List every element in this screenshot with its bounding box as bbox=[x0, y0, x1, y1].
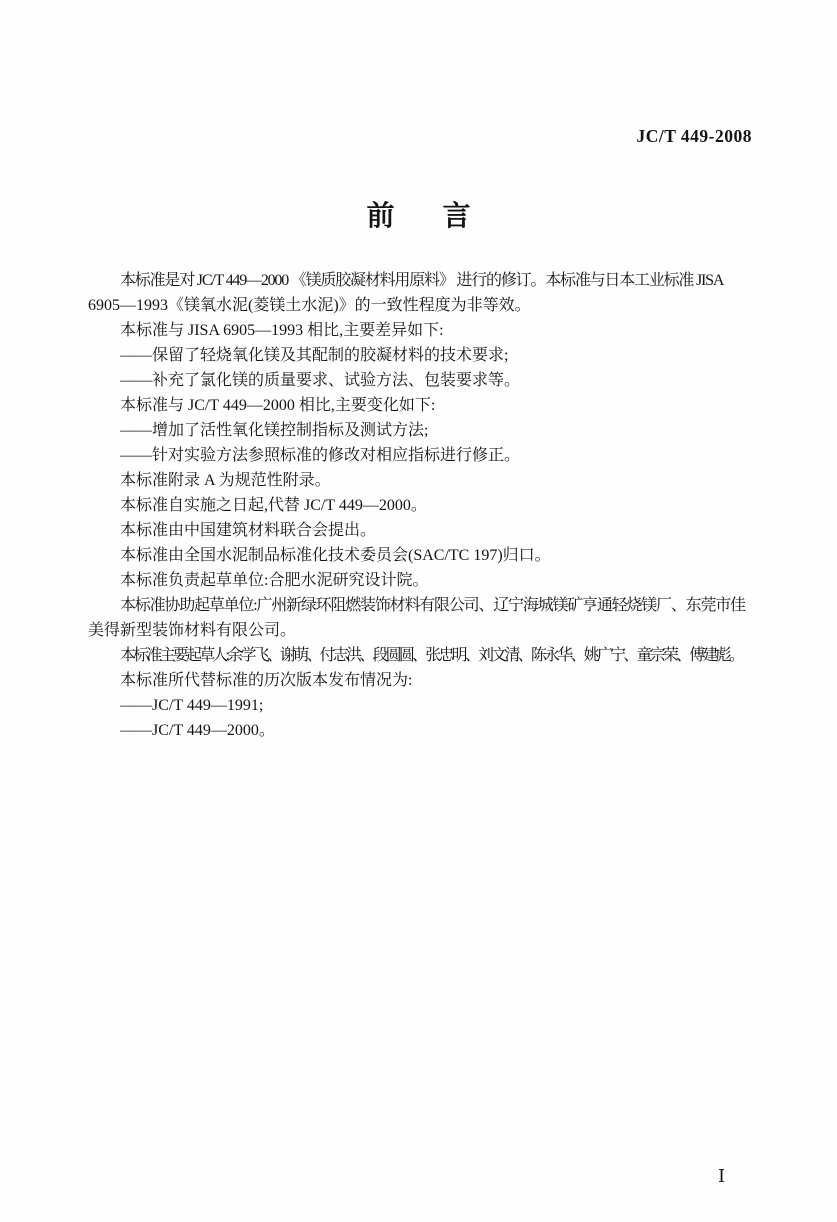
foreword-line: 本标准主要起草人:余学飞、谢萌、付志洪、段圆圆、张忠明、刘文清、陈永华、姚广宁、… bbox=[88, 643, 760, 668]
foreword-line: 本标准所代替标准的历次版本发布情况为: bbox=[88, 668, 760, 693]
foreword-line: ——JC/T 449—1991; bbox=[88, 693, 760, 718]
page-number: Ⅰ bbox=[718, 1166, 725, 1187]
document-page: JC/T 449-2008 前 言 本标准是对 JC/T 449—2000 《镁… bbox=[0, 0, 837, 1222]
foreword-body: 本标准是对 JC/T 449—2000 《镁质胶凝材料用原料》 进行的修订。本标… bbox=[88, 268, 760, 743]
foreword-line: 本标准由中国建筑材料联合会提出。 bbox=[88, 518, 760, 543]
foreword-line: ——增加了活性氧化镁控制指标及测试方法; bbox=[88, 418, 760, 443]
foreword-line: ——针对实验方法参照标准的修改对相应指标进行修正。 bbox=[88, 443, 760, 468]
foreword-line: ——保留了轻烧氧化镁及其配制的胶凝材料的技术要求; bbox=[88, 343, 760, 368]
foreword-line: 6905—1993《镁氧水泥(菱镁土水泥)》的一致性程度为非等效。 bbox=[88, 293, 760, 318]
foreword-line: ——JC/T 449—2000。 bbox=[88, 718, 760, 743]
foreword-line: 本标准负责起草单位:合肥水泥研究设计院。 bbox=[88, 568, 760, 593]
foreword-line: 本标准是对 JC/T 449—2000 《镁质胶凝材料用原料》 进行的修订。本标… bbox=[88, 268, 760, 293]
foreword-line: ——补充了氯化镁的质量要求、试验方法、包装要求等。 bbox=[88, 368, 760, 393]
foreword-line: 本标准由全国水泥制品标准化技术委员会(SAC/TC 197)归口。 bbox=[88, 543, 760, 568]
foreword-line: 本标准协助起草单位:广州新绿环阻燃装饰材料有限公司、辽宁海城镁矿亨通轻烧镁厂、东… bbox=[88, 593, 760, 618]
foreword-line: 本标准与 JISA 6905—1993 相比,主要差异如下: bbox=[88, 318, 760, 343]
foreword-line: 本标准附录 A 为规范性附录。 bbox=[88, 468, 760, 493]
doc-number: JC/T 449-2008 bbox=[0, 126, 752, 147]
foreword-line: 本标准自实施之日起,代替 JC/T 449—2000。 bbox=[88, 493, 760, 518]
foreword-line: 美得新型装饰材料有限公司。 bbox=[88, 618, 760, 643]
foreword-line: 本标准与 JC/T 449—2000 相比,主要变化如下: bbox=[88, 393, 760, 418]
page-title: 前 言 bbox=[0, 194, 837, 234]
